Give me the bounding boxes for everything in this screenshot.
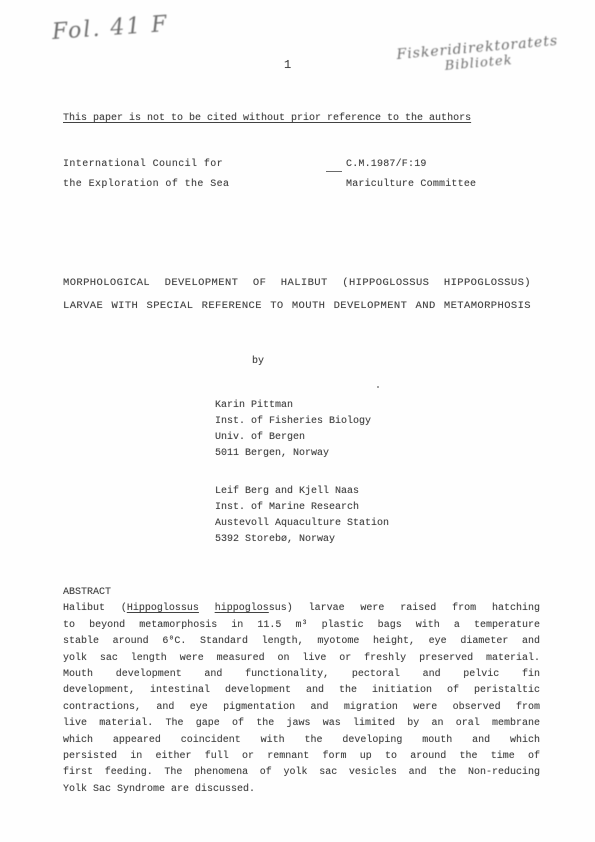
abstract-text [199,603,215,614]
pen-mark [326,171,342,172]
abstract-line: Halibut (Hippoglossus hippoglossus) larv… [63,601,540,617]
citation-notice: This paper is not to be cited without pr… [63,113,471,124]
abstract-line: first feeding. The phenomena of yolk sac… [63,765,540,781]
paper-reference: C.M.1987/F:19 [346,155,476,175]
paper-title-line1: MORPHOLOGICAL DEVELOPMENT OF HALIBUT (HI… [63,272,531,295]
abstract-text: Halibut ( [63,603,127,614]
author-university: Univ. of Bergen [215,430,371,446]
abstract-section: ABSTRACT Halibut (Hippoglossus hippoglos… [63,585,540,798]
author-institute: Inst. of Fisheries Biology [215,414,371,430]
scan-speck [377,386,379,388]
abstract-line: live material. The gape of the jaws was … [63,716,540,732]
author-name: Leif Berg and Kjell Naas [215,484,389,500]
council-block: International Council for the Exploratio… [63,155,229,195]
abstract-line: development, intestinal development and … [63,683,540,699]
abstract-line: persisted in either full or remnant form… [63,749,540,765]
committee-name: Mariculture Committee [346,175,476,195]
abstract-line: yolk sac length were measured on live or… [63,651,540,667]
handwritten-note: Fol. 41 F [51,12,169,45]
abstract-line: to beyond metamorphosis in 11.5 m³ plast… [63,618,540,634]
abstract-line: which appeared coincident with the devel… [63,733,540,749]
page-number: 1 [284,58,291,72]
reference-block: C.M.1987/F:19 Mariculture Committee [346,155,476,195]
library-stamp: Fiskeridirektoratets Bibliotek [387,32,569,79]
author-station: Austevoll Aquaculture Station [215,516,389,532]
abstract-line: Yolk Sac Syndrome are discussed. [63,782,540,798]
author-address: 5392 Storebø, Norway [215,532,389,548]
byline: by [252,356,264,367]
abstract-line: contractions, and eye pigmentation and m… [63,700,540,716]
author-institute: Inst. of Marine Research [215,500,389,516]
abstract-line: stable around 6⁰C. Standard length, myot… [63,634,540,650]
author-block-berg-naas: Leif Berg and Kjell Naas Inst. of Marine… [215,484,389,548]
abstract-heading: ABSTRACT [63,585,540,601]
author-name: Karin Pittman [215,398,371,414]
author-block-pittman: Karin Pittman Inst. of Fisheries Biology… [215,398,371,462]
abstract-line: Mouth development and functionality, pec… [63,667,540,683]
species-latin-species: hippoglos [215,603,269,614]
scanned-paper-page: Fol. 41 F 1 Fiskeridirektoratets Bibliot… [0,0,595,842]
paper-title-line2: LARVAE WITH SPECIAL REFERENCE TO MOUTH D… [63,295,531,318]
species-latin-genus: Hippoglossus [127,603,199,614]
author-address: 5011 Bergen, Norway [215,446,371,462]
council-line2: the Exploration of the Sea [63,175,229,195]
abstract-text: sus) larvae were raised from hatching [269,603,540,614]
paper-title: MORPHOLOGICAL DEVELOPMENT OF HALIBUT (HI… [63,272,531,317]
council-line1: International Council for [63,155,229,175]
